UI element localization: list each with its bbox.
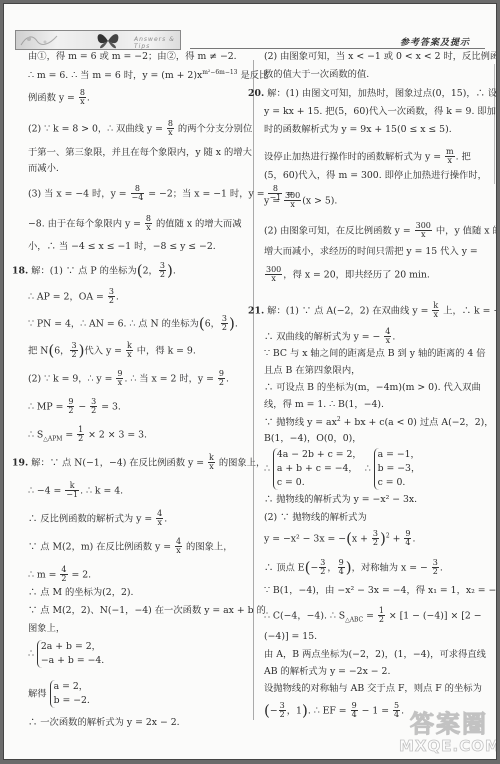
- watermark-logo-text: 答案圈: [399, 704, 497, 739]
- text-line: (2) ∵ k = 8 > 0，∴ 双曲线 y = 8x 的两个分支分别位: [28, 120, 252, 138]
- text-line: 例函数 y = 8x.: [28, 89, 90, 107]
- text-line: ∴ 可设点 B 的坐标为(m，−4m)(m > 0). 代入双曲: [264, 383, 481, 392]
- text-line: −8. 由于在每个象限内 y = 8x 的值随 x 的增大而减: [28, 215, 242, 233]
- right-margin-line: [494, 64, 495, 184]
- text-line: ∴ 一次函数的解析式为 y = 2x − 2.: [28, 718, 180, 727]
- fraction: 8x: [79, 89, 86, 107]
- text-line: 图象上，: [28, 624, 65, 633]
- text-line: 设停止加热进行操作时的函数解析式为 y = mx. 把: [264, 148, 471, 166]
- text-line: ∴ m = 42 = 2.: [28, 566, 91, 584]
- text-line: ∴ 点 M 的坐标为(2，2).: [28, 588, 134, 597]
- text-line: ∴ MP = 92 − 32 = 3.: [28, 398, 121, 416]
- text-line: 于第一、第三象限，并且在每个象限内，y 随 x 的增大: [28, 148, 252, 157]
- question-19: 19. 解：∵ 点 N(−1，−4) 在反比例函数 y = kx 的图象上，: [12, 454, 265, 472]
- text-line: 且点 B 在第四象限内，: [264, 366, 360, 375]
- text-line: (2) 由图象可知，在反比例函数 y = 300x 中，y 值随 x 的: [264, 222, 497, 240]
- text-line: ∴ 反比例函数的解析式为 y = 4x.: [28, 510, 167, 528]
- text-line: 时的函数解析式为 y = 9x + 15(0 ≤ x ≤ 5).: [264, 125, 452, 134]
- question-number: 21.: [248, 305, 264, 316]
- question-21: 21. 解：(1) ∵ 点 A(−2，2) 在双曲线 y = kx 上，∴ k …: [248, 302, 497, 320]
- text-line: y = 300x(x > 5).: [264, 192, 337, 210]
- floral-flourish-icon: [19, 33, 59, 47]
- text-line: 由 A，B 两点坐标为(−2，2)，(1，−4)，可求得直线: [264, 650, 486, 659]
- text-line: ∴ 抛物线的解析式为 y = −x² − 3x.: [264, 495, 417, 504]
- text-line: ∴ 顶点 E(−32，94)，对称轴为 x = − 32.: [264, 559, 443, 577]
- question-20: 20. 解：(1) 由图文可知，加热时，图象过点(0，15)，∴ 设: [248, 89, 497, 98]
- text-line: 300x，得 x = 20，即共经历了 20 min.: [264, 266, 430, 284]
- text-line: ∴ S△APM = 12 × 2 × 3 = 3.: [28, 426, 147, 444]
- text-line: ∵ PN = 4，∴ AN = 6. ∴ 点 N 的坐标为(6，32).: [28, 315, 238, 333]
- text-line: y = −x² − 3x = −(x + 32)2 + 94.: [264, 530, 415, 548]
- text-line: 把 N(6，32)代入 y = kx 中，得 k = 9.: [28, 342, 196, 360]
- equation-system: ∴ 4a − 2b + c = 2，a + b + c = −4，c = 0. …: [264, 448, 420, 490]
- equation-system: ∴ 2a + b = 2，−a + b = −4.: [28, 640, 104, 668]
- header-rule: [190, 48, 485, 49]
- header-banner: Answers & Tips: [15, 30, 181, 50]
- text-line: B(1，−4)，O(0，0)，: [264, 434, 362, 443]
- text-line: 线，得 m = 1. ∴ B(1，−4).: [264, 400, 384, 409]
- page-header-title: 参考答案及提示: [400, 35, 470, 48]
- butterfly-icon: [94, 31, 122, 50]
- text-line: (2) ∵ 抛物线的解析式为: [264, 513, 367, 522]
- text-line: (−32，1). ∴ EF = 94 − 1 = 54.: [264, 702, 404, 720]
- text-line: ∴ AP = 2，OA = 32.: [28, 288, 119, 306]
- text-line: 设抛物线的对称轴与 AB 交于点 F，则点 F 的坐标为: [264, 684, 482, 693]
- text-line: ∵ B(1，−4)，由 −x² − 3x = −4，得 x₁ = 1，x₂ = …: [264, 586, 497, 595]
- text-line: ∵ BC 与 x 轴之间的距离是点 B 到 y 轴的距离的 4 倍: [264, 349, 486, 358]
- text-line: (3) 当 x = −4 时，y = 8−4 = −2；当 x = −1 时，y…: [28, 185, 294, 203]
- watermark-url: MXQE.COM: [399, 737, 497, 755]
- equation-solution: 解得 a = 2，b = −2.: [28, 680, 90, 708]
- site-watermark: 答案圈 MXQE.COM: [399, 704, 497, 755]
- text-line: y = kx + 15. 把(5，60)代入一次函数，得 k = 9. 即加热: [264, 107, 497, 116]
- text-line: ∴ −4 = k−1. ∴ k = 4.: [28, 482, 123, 500]
- question-18: 18. 解：(1) ∵ 点 P 的坐标为(2，32).: [12, 262, 176, 280]
- column-divider: [253, 60, 254, 720]
- text-line: ∴ C(−4，−4). ∴ S△ABC = 12 × [1 − (−4)] × …: [264, 607, 481, 625]
- text-line: ∵ 点 M(2，m) 在反比例函数 y = 4x 的图象上，: [28, 538, 233, 556]
- text-line: 小，∴ 当 −4 ≤ x ≤ −1 时，−8 ≤ y ≤ −2.: [28, 242, 216, 251]
- question-number: 19.: [12, 457, 28, 468]
- text-line: 由①，得 m = 6 或 m = −2；由②，得 m ≠ −2.: [28, 52, 237, 61]
- fraction: 8x: [167, 120, 174, 138]
- text-line: ∴ m = 6. ∴ 当 m = 6 时，y = (m + 2)xm²−6m−1…: [28, 70, 268, 80]
- banner-script-text: Answers & Tips: [134, 36, 180, 50]
- text-line: 数的值大于一次函数的值.: [264, 70, 369, 79]
- question-number: 18.: [12, 265, 28, 276]
- text-line: ∵ 抛物线 y = ax2 + bx + c(a < 0) 过点 A(−2，2)…: [264, 417, 494, 427]
- answer-key-page: Answers & Tips 参考答案及提示 由①，得 m = 6 或 m = …: [3, 3, 497, 760]
- text-line: 而减小.: [28, 164, 59, 173]
- text-line: (−4)] = 15.: [264, 632, 317, 641]
- text-line: (2) 由图象可知，当 x < −1 或 0 < x < 2 时，反比例函: [264, 52, 497, 61]
- question-number: 20.: [248, 88, 264, 99]
- text-line: ∴ 双曲线的解析式为 y = − 4x.: [264, 328, 395, 346]
- text-line: (2) ∵ k = 9，∴ y = 9x. ∴ 当 x = 2 时，y = 92…: [28, 370, 229, 388]
- text-line: 增大而减小，求经历的时间只需把 y = 15 代入 y =: [264, 247, 478, 256]
- text-line: ∵ 点 M(2，2)、N(−1，−4) 在一次函数 y = ax + b 的: [28, 606, 266, 615]
- text-line: (5，60)代入，得 m = 300. 即停止加热进行操作时，: [264, 171, 487, 180]
- text-line: AB 的解析式为 y = −2x − 2.: [264, 667, 390, 676]
